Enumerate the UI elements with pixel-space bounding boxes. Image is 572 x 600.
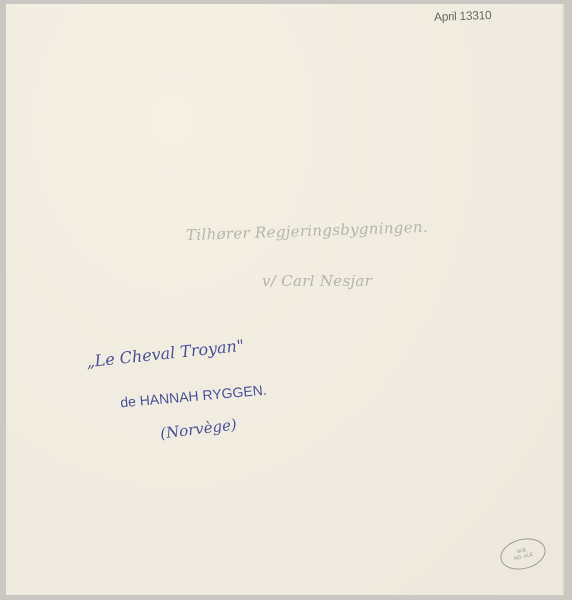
accession-number: April 13310 <box>434 8 492 24</box>
paper-sheet <box>6 4 564 595</box>
paper-edge <box>562 4 564 595</box>
pencil-note-contact: v/ Carl Nesjar <box>262 272 372 290</box>
